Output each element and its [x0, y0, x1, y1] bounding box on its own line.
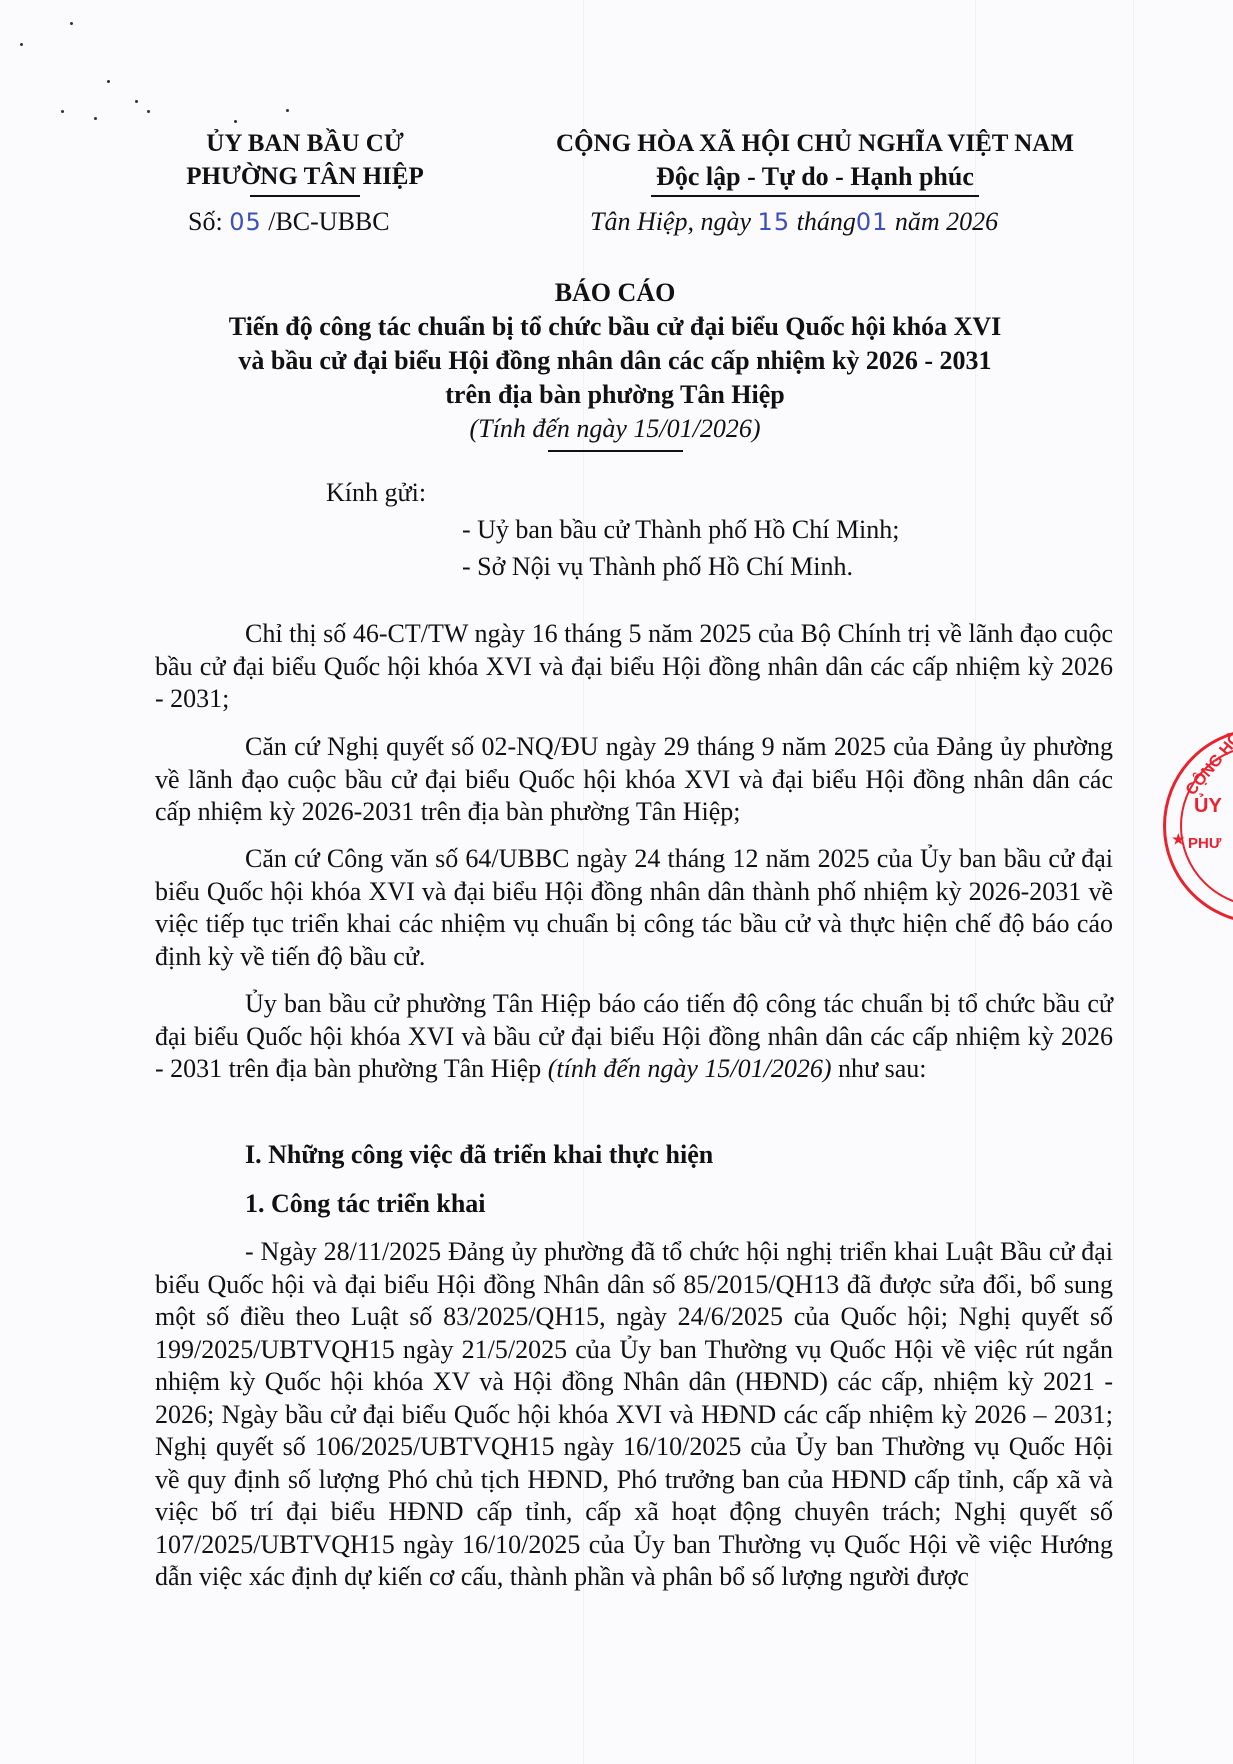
report-as-of-date: (Tính đến ngày 15/01/2026) [150, 412, 1080, 446]
place-date: Tân Hiệp, ngày 15 tháng01 năm 2026 [590, 207, 998, 237]
national-motto: Độc lập - Tự do - Hạnh phúc [535, 160, 1095, 193]
report-subtitle-line3: trên địa bàn phường Tân Hiệp [150, 378, 1080, 412]
intro-paragraph: Ủy ban bầu cử phường Tân Hiệp báo cáo ti… [155, 988, 1113, 1086]
report-subtitle-line1: Tiến độ công tác chuẩn bị tổ chức bầu cử… [150, 310, 1080, 344]
agency-name-line2: PHƯỜNG TÂN HIỆP [160, 160, 450, 193]
seal-inner-text: ỦY [1194, 795, 1222, 818]
handwritten-number: 05 [229, 208, 262, 236]
recipient-item: - Uỷ ban bầu cử Thành phố Hồ Chí Minh; [462, 515, 900, 545]
seal-inner-text: PHƯ [1188, 835, 1221, 852]
national-title: CỘNG HÒA XÃ HỘI CHỦ NGHĨA VIỆT NAM [535, 127, 1095, 160]
date-month-label: tháng [797, 207, 856, 236]
report-title-block: BÁO CÁO Tiến độ công tác chuẩn bị tổ chứ… [150, 276, 1080, 452]
official-seal: CỘNG HÒA ỦY PHƯ ★ [1163, 728, 1233, 924]
issuing-agency-header: ỦY BAN BẦU CỬ PHƯỜNG TÂN HIỆP Số: 05 /BC… [160, 127, 450, 197]
motto-underline [651, 195, 979, 197]
document-page: ỦY BAN BẦU CỬ PHƯỜNG TÂN HIỆP Số: 05 /BC… [0, 0, 1233, 1764]
subsection-heading: 1. Công tác triển khai [245, 1189, 486, 1219]
header-underline [250, 195, 360, 197]
handwritten-month: 01 [856, 208, 889, 236]
agency-name-line1: ỦY BAN BẦU CỬ [160, 127, 450, 160]
report-subtitle-line2: và bầu cử đại biểu Hội đồng nhân dân các… [150, 344, 1080, 378]
national-header: CỘNG HÒA XÃ HỘI CHỦ NGHĨA VIỆT NAM Độc l… [535, 127, 1095, 197]
document-number-suffix: /BC-UBBC [268, 207, 389, 236]
legal-basis-paragraph: Chỉ thị số 46-CT/TW ngày 16 tháng 5 năm … [155, 618, 1113, 716]
date-place: Tân Hiệp, ngày [590, 207, 751, 236]
document-number-label: Số: [188, 207, 223, 236]
handwritten-day: 15 [758, 208, 791, 236]
intro-date-note: (tính đến ngày 15/01/2026) [548, 1054, 832, 1083]
date-year: năm 2026 [895, 207, 998, 236]
legal-basis-paragraph: Căn cứ Nghị quyết số 02-NQ/ĐU ngày 29 th… [155, 731, 1113, 829]
document-type: BÁO CÁO [150, 276, 1080, 310]
legal-basis-paragraph: Căn cứ Công văn số 64/UBBC ngày 24 tháng… [155, 843, 1113, 973]
title-underline [548, 450, 683, 452]
recipients-label: Kính gửi: [326, 478, 426, 508]
section-heading: I. Những công việc đã triển khai thực hi… [245, 1140, 713, 1170]
document-number: Số: 05 /BC-UBBC [188, 207, 390, 237]
recipient-item: - Sở Nội vụ Thành phố Hồ Chí Minh. [462, 552, 853, 582]
intro-tail: như sau: [838, 1054, 926, 1083]
seal-star-icon: ★ [1172, 831, 1185, 848]
body-paragraph: - Ngày 28/11/2025 Đảng ủy phường đã tổ c… [155, 1236, 1113, 1594]
paper-crease [1133, 0, 1134, 1764]
